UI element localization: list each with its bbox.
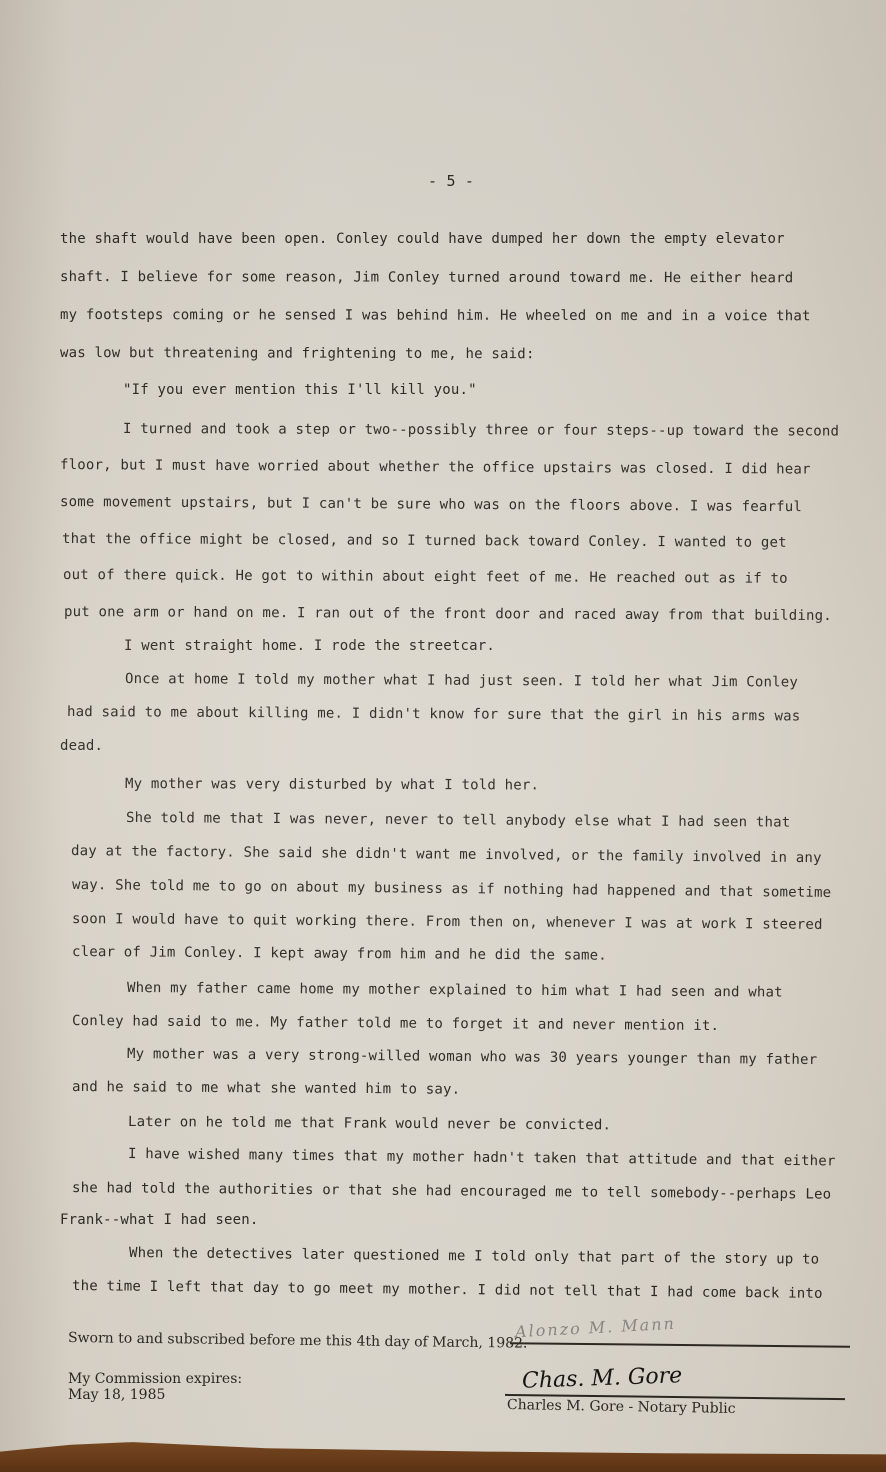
text-line: dead. <box>60 738 103 754</box>
affiant-signature: Alonzo M. Mann <box>515 1314 677 1341</box>
text-line: my footsteps coming or he sensed I was b… <box>60 307 811 324</box>
text-line: day at the factory. She said she didn't … <box>71 843 822 866</box>
text-line: that the office might be closed, and so … <box>62 531 787 551</box>
text-line: She told me that I was never, never to t… <box>126 810 791 831</box>
text-line: shaft. I believe for some reason, Jim Co… <box>60 269 793 286</box>
commission-date: May 18, 1985 <box>68 1387 165 1403</box>
text-line: My mother was very disturbed by what I t… <box>125 776 539 793</box>
text-line: clear of Jim Conley. I kept away from hi… <box>72 944 607 964</box>
text-line: some movement upstairs, but I can't be s… <box>60 494 802 515</box>
text-line: My mother was a very strong-willed woman… <box>127 1046 817 1068</box>
document-page: - 5 - the shaft would have been open. Co… <box>0 0 886 1472</box>
text-line: soon I would have to quit working there.… <box>72 911 823 933</box>
table-surface <box>0 1438 886 1472</box>
sworn-statement: Sworn to and subscribed before me this 4… <box>68 1330 528 1352</box>
text-line: I went straight home. I rode the streetc… <box>124 638 495 654</box>
text-line: way. She told me to go on about my busin… <box>72 877 831 901</box>
text-line: I have wished many times that my mother … <box>128 1146 836 1169</box>
text-line: Once at home I told my mother what I had… <box>125 671 798 691</box>
text-line: When the detectives later questioned me … <box>129 1245 819 1268</box>
notary-name: Charles M. Gore - Notary Public <box>507 1397 736 1417</box>
text-line: and he said to me what she wanted him to… <box>72 1079 460 1098</box>
text-line: "If you ever mention this I'll kill you.… <box>123 382 477 398</box>
text-line: Conley had said to me. My father told me… <box>72 1013 719 1034</box>
text-line: was low but threatening and frightening … <box>60 345 535 362</box>
text-line: out of there quick. He got to within abo… <box>63 567 788 587</box>
page-number: - 5 - <box>428 172 474 190</box>
commission-label: My Commission expires: <box>68 1371 242 1387</box>
text-line: I turned and took a step or two--possibl… <box>123 421 839 439</box>
text-line: the shaft would have been open. Conley c… <box>60 231 785 247</box>
text-line: put one arm or hand on me. I ran out of … <box>64 604 832 624</box>
text-line: she had told the authorities or that she… <box>72 1180 831 1203</box>
text-line: Later on he told me that Frank would nev… <box>128 1114 611 1133</box>
affiant-signature-line <box>510 1342 850 1347</box>
text-line: When my father came home my mother expla… <box>127 980 783 1001</box>
text-line: Frank--what I had seen. <box>60 1212 258 1228</box>
text-line: the time I left that day to go meet my m… <box>72 1278 823 1302</box>
notary-signature: Chas. M. Gore <box>522 1363 683 1394</box>
text-line: floor, but I must have worried about whe… <box>60 457 811 478</box>
text-line: had said to me about killing me. I didn'… <box>67 704 801 724</box>
